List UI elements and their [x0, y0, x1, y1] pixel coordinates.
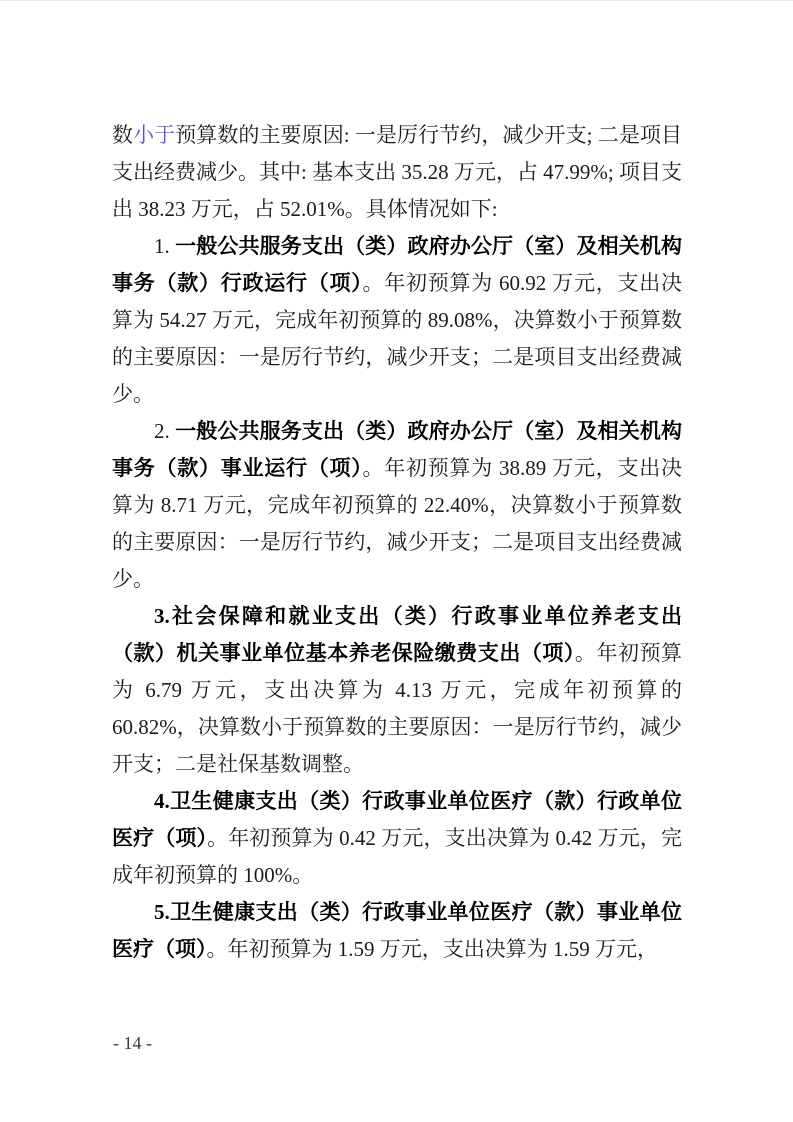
- paragraph-1: 数小于预算数的主要原因: 一是厉行节约，减少开支; 二是项目支出经费减少。其中:…: [112, 117, 682, 228]
- document-page: 数小于预算数的主要原因: 一是厉行节约，减少开支; 二是项目支出经费减少。其中:…: [0, 0, 793, 1122]
- budget-item-title: 4.: [154, 789, 170, 813]
- page-number: - 14 -: [113, 1031, 152, 1055]
- paragraph-2: 1. 一般公共服务支出（类）政府办公厅（室）及相关机构事务（款）行政运行（项）。…: [112, 228, 682, 413]
- paragraph-3: 2. 一般公共服务支出（类）政府办公厅（室）及相关机构事务（款）事业运行（项）。…: [112, 413, 682, 598]
- budget-item-title: 3.: [154, 604, 170, 628]
- document-body: 数小于预算数的主要原因: 一是厉行节约，减少开支; 二是项目支出经费减少。其中:…: [112, 117, 682, 968]
- body-text: 。年初预算为 1.59 万元，支出决算为 1.59 万元，: [207, 937, 659, 961]
- paragraph-6: 5.卫生健康支出（类）行政事业单位医疗（款）事业单位医疗（项）。年初预算为 1.…: [112, 894, 682, 968]
- highlighted-text: 小于: [133, 123, 175, 147]
- body-text: 数: [112, 123, 133, 147]
- paragraph-5: 4.卫生健康支出（类）行政事业单位医疗（款）行政单位医疗（项）。年初预算为 0.…: [112, 783, 682, 894]
- body-text: 2.: [154, 419, 175, 443]
- budget-item-title: 5.: [154, 900, 170, 924]
- body-text: 1.: [154, 234, 175, 258]
- paragraph-4: 3.社会保障和就业支出（类）行政事业单位养老支出（款）机关事业单位基本养老保险缴…: [112, 598, 682, 783]
- body-text: 预算数的主要原因: 一是厉行节约，减少开支; 二是项目支出经费减少。其中: 基本…: [112, 123, 682, 221]
